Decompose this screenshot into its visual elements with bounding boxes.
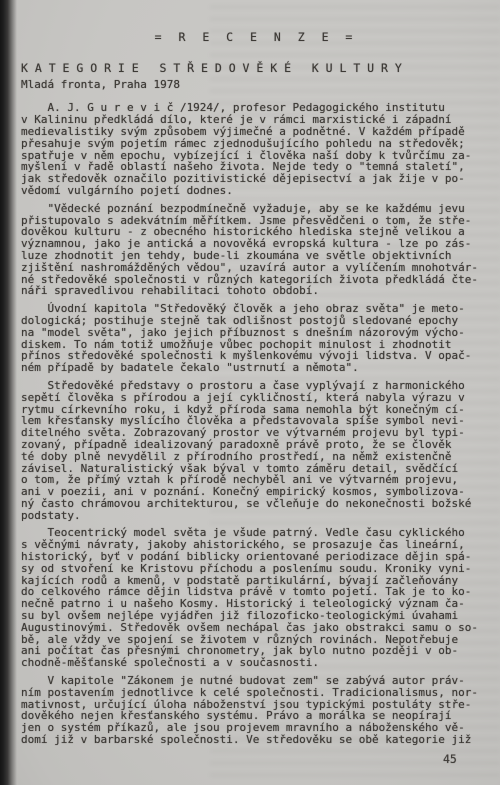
spine-shadow bbox=[0, 0, 17, 785]
section-header-recenze: = R E C E N Z E = bbox=[21, 32, 491, 44]
publisher-line: Mladá fronta, Praha 1978 bbox=[21, 79, 491, 91]
paragraph-quote: "Vědecké poznání bezpodmínečně vyžaduje,… bbox=[21, 203, 491, 297]
paragraph-intro: A. J. G u r e v i č /1924/, profesor Ped… bbox=[21, 102, 491, 196]
scanned-book-page: = R E C E N Z E = K A T E G O R I E S T … bbox=[0, 0, 500, 785]
paragraph-space-time: Středověké představy o prostoru a čase v… bbox=[21, 380, 491, 522]
page-number: 45 bbox=[443, 752, 457, 766]
paragraph-law: V kapitole "Zákonem je nutné budovat zem… bbox=[21, 675, 491, 746]
page-content: = R E C E N Z E = K A T E G O R I E S T … bbox=[21, 32, 491, 752]
paragraph-chapter-intro: Úvodní kapitola "Středověký člověk a jeh… bbox=[21, 303, 491, 374]
book-title: K A T E G O R I E S T Ř E D O V Ě K É K … bbox=[21, 63, 491, 75]
paragraph-theocentric: Teocentrický model světa je všude patrný… bbox=[21, 527, 491, 669]
